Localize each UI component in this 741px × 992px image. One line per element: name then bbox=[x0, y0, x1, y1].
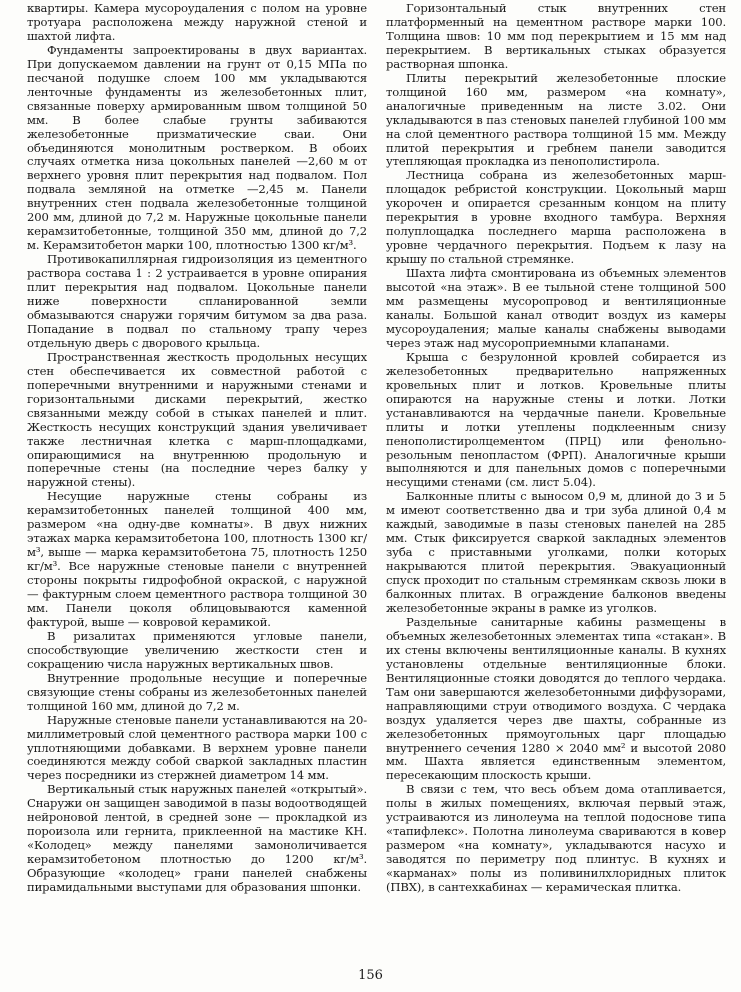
paragraph: Несущие наружные стены собраны из керамз… bbox=[27, 490, 367, 630]
paragraph: Пространственная жесткость продольных не… bbox=[27, 351, 367, 491]
paragraph: Раздельные санитарные кабины размещены в… bbox=[386, 616, 726, 783]
paragraph: Лестница собрана из железобетонных марш-… bbox=[386, 169, 726, 267]
paragraph: квартиры. Камера мусороудаления с полом … bbox=[27, 2, 367, 44]
paragraph: Внутренние продольные несущие и поперечн… bbox=[27, 672, 367, 714]
paragraph: Фундаменты запроектированы в двух вариан… bbox=[27, 44, 367, 253]
paragraph: Противокапиллярная гидроизоляция из цеме… bbox=[27, 253, 367, 351]
right-column: Горизонтальный стык внутренних стен плат… bbox=[386, 2, 726, 895]
paragraph: Шахта лифта смонтирована из объемных эле… bbox=[386, 267, 726, 351]
paragraph: Горизонтальный стык внутренних стен плат… bbox=[386, 2, 726, 72]
paragraph: Балконные плиты с выносом 0,9 м, длиной … bbox=[386, 490, 726, 616]
paragraph: Наружные стеновые панели устанавливаются… bbox=[27, 714, 367, 784]
paragraph: Плиты перекрытий железобетонные плоские … bbox=[386, 72, 726, 170]
book-page: квартиры. Камера мусороудаления с полом … bbox=[0, 0, 741, 992]
paragraph: В ризалитах применяются угловые панели, … bbox=[27, 630, 367, 672]
paragraph: В связи с тем, что весь объем дома отапл… bbox=[386, 783, 726, 895]
left-column: квартиры. Камера мусороудаления с полом … bbox=[27, 2, 367, 895]
page-number: 156 bbox=[0, 968, 741, 983]
paragraph: Вертикальный стык наружных панелей «откр… bbox=[27, 783, 367, 895]
paragraph: Крыша с безрулонной кровлей собирается и… bbox=[386, 351, 726, 491]
